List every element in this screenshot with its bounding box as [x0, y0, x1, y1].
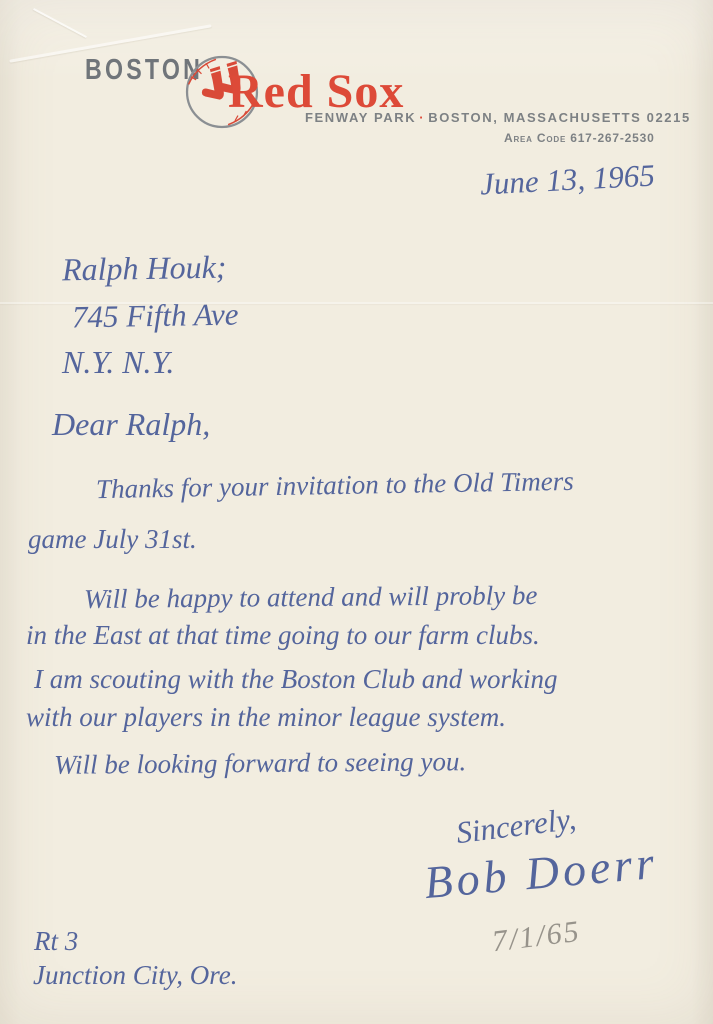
- return-address-line: Rt 3: [34, 926, 78, 957]
- venue-location: BOSTON, MASSACHUSETTS 02215: [428, 110, 691, 125]
- body-line: Will be happy to attend and will probly …: [84, 580, 538, 615]
- venue-name: FENWAY PARK: [305, 110, 416, 125]
- separator-dot: ·: [416, 110, 428, 125]
- pencil-date-annotation: 7/1/65: [490, 915, 582, 960]
- paper-crease: [33, 8, 87, 38]
- body-line: Thanks for your invitation to the Old Ti…: [96, 466, 574, 505]
- body-line: with our players in the minor league sys…: [26, 702, 506, 733]
- letter-paper: BOSTON Red So: [0, 0, 713, 1024]
- area-code-line: Area Code 617-267-2530: [504, 131, 655, 145]
- body-line: I am scouting with the Boston Club and w…: [34, 664, 558, 695]
- body-line: in the East at that time going to our fa…: [26, 620, 540, 651]
- return-address-line: Junction City, Ore.: [33, 960, 237, 991]
- body-line: Will be looking forward to seeing you.: [54, 746, 466, 781]
- venue-address-line: FENWAY PARK·BOSTON, MASSACHUSETTS 02215: [305, 110, 691, 125]
- salutation: Dear Ralph,: [52, 406, 210, 443]
- handwritten-date: June 13, 1965: [479, 157, 655, 202]
- recipient-line: N.Y. N.Y.: [62, 344, 174, 381]
- recipient-line: Ralph Houk;: [62, 249, 227, 289]
- body-line: game July 31st.: [28, 524, 197, 555]
- recipient-line: 745 Fifth Ave: [72, 297, 239, 336]
